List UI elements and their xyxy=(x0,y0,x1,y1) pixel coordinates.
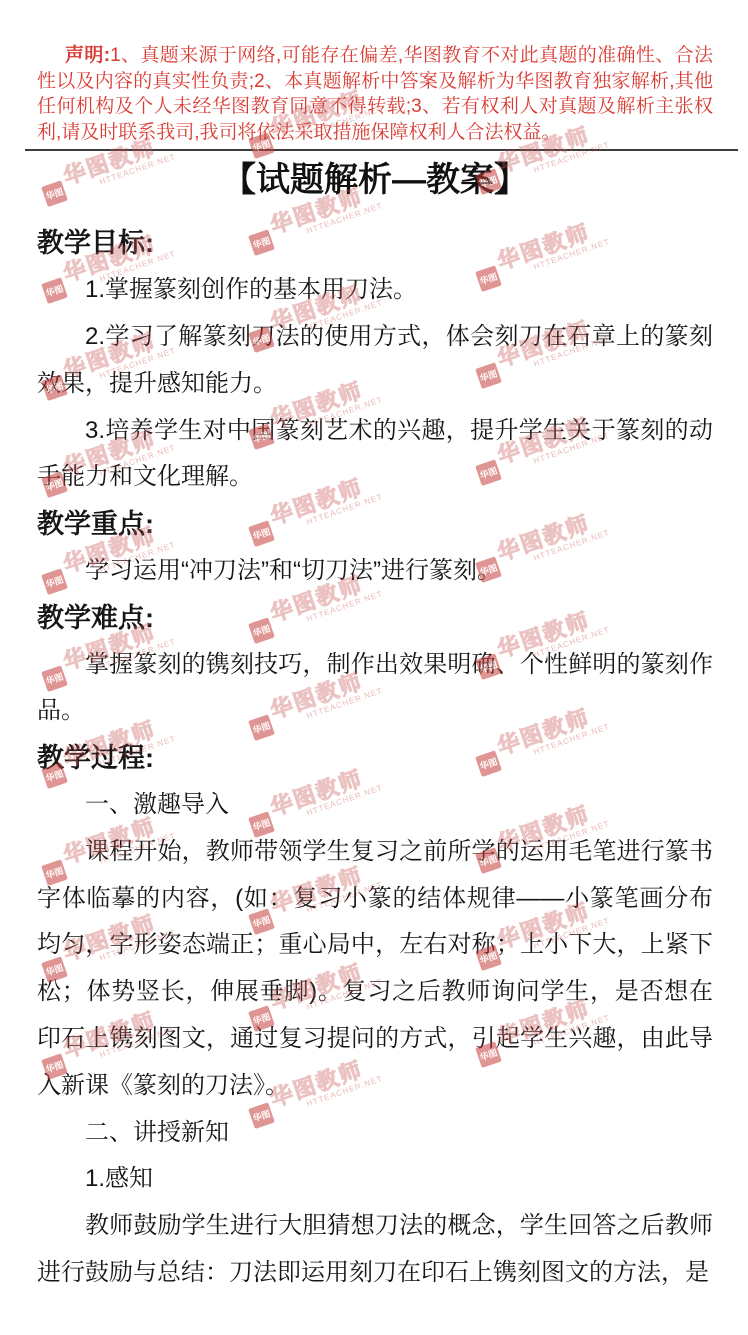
section-heading: 教学重点: xyxy=(37,501,713,548)
disclaimer-paragraph: 声明:1、真题来源于网络,可能存在偏差,华图教育不对此真题的准确性、合法性以及内… xyxy=(37,43,713,145)
body-paragraph: 学习运用“冲刀法”和“切刀法”进行篆刻。 xyxy=(37,548,713,595)
disclaimer-label: 声明: xyxy=(65,45,110,66)
body-paragraph: 掌握篆刻的镌刻技巧，制作出效果明确、个性鲜明的篆刻作品。 xyxy=(37,642,713,736)
section-heading: 教学难点: xyxy=(37,595,713,642)
section-heading: 教学目标: xyxy=(37,220,713,267)
disclaimer-text: 1、真题来源于网络,可能存在偏差,华图教育不对此真题的准确性、合法性以及内容的真… xyxy=(37,45,713,143)
page-title: 【试题解析—教案】 xyxy=(37,157,713,203)
body-paragraph: 教师鼓励学生进行大胆猜想刀法的概念，学生回答之后教师进行鼓励与总结：刀法即运用刻… xyxy=(37,1203,713,1297)
body-paragraph: 一、激趣导入 xyxy=(37,782,713,829)
body-paragraph: 2.学习了解篆刻刀法的使用方式，体会刻刀在石章上的篆刻效果，提升感知能力。 xyxy=(37,314,713,408)
body-paragraph: 1.掌握篆刻创作的基本用刀法。 xyxy=(37,267,713,314)
body-paragraph: 3.培养学生对中国篆刻艺术的兴趣，提升学生关于篆刻的动手能力和文化理解。 xyxy=(37,408,713,502)
document-content: 声明:1、真题来源于网络,可能存在偏差,华图教育不对此真题的准确性、合法性以及内… xyxy=(0,0,748,1297)
divider-line xyxy=(25,149,738,151)
content-blocks: 教学目标:1.掌握篆刻创作的基本用刀法。2.学习了解篆刻刀法的使用方式，体会刻刀… xyxy=(37,220,713,1296)
body-paragraph: 二、讲授新知 xyxy=(37,1110,713,1157)
body-paragraph: 课程开始，教师带领学生复习之前所学的运用毛笔进行篆书字体临摹的内容，(如：复习小… xyxy=(37,829,713,1110)
section-heading: 教学过程: xyxy=(37,735,713,782)
body-paragraph: 1.感知 xyxy=(37,1156,713,1203)
document-page: 华图 华图教师 HTTEACHER.NET 华图 华图教师 HTTEACHER.… xyxy=(0,0,748,1335)
